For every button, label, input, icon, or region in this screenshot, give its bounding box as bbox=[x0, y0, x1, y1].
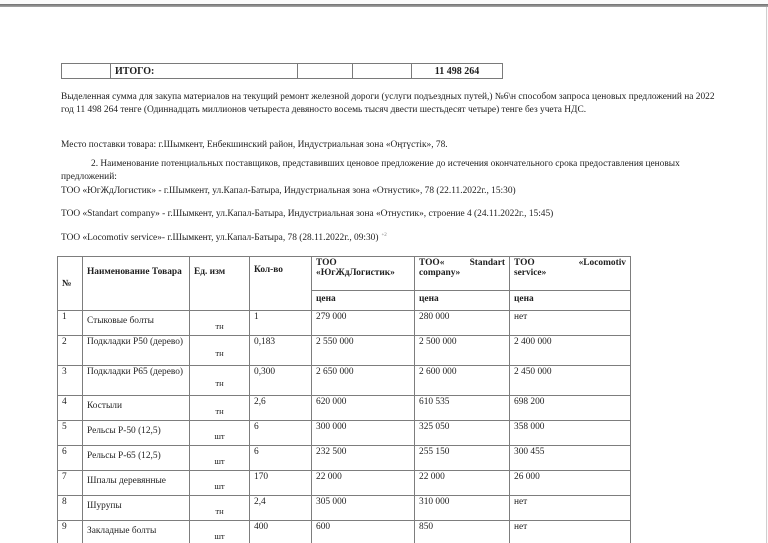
cell-qty: 0,183 bbox=[250, 336, 312, 366]
header-price-3: цена bbox=[510, 291, 631, 311]
cell-num: 7 bbox=[58, 471, 83, 496]
cell-price-supplier-1: 22 000 bbox=[312, 471, 415, 496]
cell-unit: тн bbox=[190, 396, 250, 421]
cell-qty: 170 bbox=[250, 471, 312, 496]
cell-num: 1 bbox=[58, 311, 83, 336]
supplier-item: ТОО «ЮгЖдЛогистик» - г.Шымкент, ул.Капал… bbox=[61, 185, 721, 198]
table-row: 1Стыковые болтытн1279 000280 000нет bbox=[58, 311, 631, 336]
table-row: 5Рельсы Р-50 (12,5)шт6300 000325 050358 … bbox=[58, 421, 631, 446]
cell-unit: тн bbox=[190, 311, 250, 336]
header-num: № bbox=[58, 257, 83, 311]
header-supplier-2-a: ТОО« bbox=[419, 258, 444, 268]
table-row: 4Костылитн2,6620 000610 535698 200 bbox=[58, 396, 631, 421]
table-row: 9Закладные болтышт400600850нет bbox=[58, 521, 631, 543]
cell-qty: 6 bbox=[250, 421, 312, 446]
cell-name: Шпалы деревянные bbox=[83, 471, 190, 496]
cell-price-supplier-1: 300 000 bbox=[312, 421, 415, 446]
table-row: 7Шпалы деревянныешт17022 00022 00026 000 bbox=[58, 471, 631, 496]
cell-unit: тн bbox=[190, 496, 250, 521]
cell-unit: шт bbox=[190, 521, 250, 543]
supplier-item: ТОО «Standart company» - г.Шымкент, ул.К… bbox=[61, 208, 721, 221]
cell-price-supplier-3: нет bbox=[510, 496, 631, 521]
header-price-2: цена bbox=[415, 291, 510, 311]
cell-unit: тн bbox=[190, 366, 250, 396]
total-value: 11 498 264 bbox=[412, 64, 503, 79]
table-row: 6Рельсы Р-65 (12,5)шт6232 500255 150300 … bbox=[58, 446, 631, 471]
header-supplier-1: ТОО «ЮгЖдЛогистик» bbox=[312, 257, 415, 291]
cell-name: Шурупы bbox=[83, 496, 190, 521]
cell-name: Рельсы Р-50 (12,5) bbox=[83, 421, 190, 446]
total-label: ИТОГО: bbox=[111, 64, 298, 79]
cell-name: Подкладки Р50 (дерево) bbox=[83, 336, 190, 366]
cell-price-supplier-1: 305 000 bbox=[312, 496, 415, 521]
table-row: 3Подкладки Р65 (дерево)тн0,3002 650 0002… bbox=[58, 366, 631, 396]
header-supplier-3-a: ТОО bbox=[514, 258, 535, 268]
table-header-row: № Наименование Товара Ед. изм Кол-во ТОО… bbox=[58, 257, 631, 291]
cell-num: 9 bbox=[58, 521, 83, 543]
cell-price-supplier-2: 2 500 000 bbox=[415, 336, 510, 366]
table-body: 1Стыковые болтытн1279 000280 000нет2Подк… bbox=[58, 311, 631, 543]
total-empty-cell bbox=[62, 64, 111, 79]
header-supplier-2-c: company» bbox=[419, 268, 505, 278]
cell-price-supplier-1: 232 500 bbox=[312, 446, 415, 471]
cell-qty: 6 bbox=[250, 446, 312, 471]
cell-price-supplier-2: 255 150 bbox=[415, 446, 510, 471]
header-price-1: цена bbox=[312, 291, 415, 311]
cell-price-supplier-1: 2 550 000 bbox=[312, 336, 415, 366]
cell-qty: 1 bbox=[250, 311, 312, 336]
cell-unit: шт bbox=[190, 421, 250, 446]
price-comparison-table: № Наименование Товара Ед. изм Кол-во ТОО… bbox=[57, 256, 631, 543]
supplier-text: ТОО «Locomotiv service»- г.Шымкент, ул.К… bbox=[61, 233, 378, 243]
cell-price-supplier-2: 280 000 bbox=[415, 311, 510, 336]
cell-price-supplier-3: 2 450 000 bbox=[510, 366, 631, 396]
cell-price-supplier-1: 2 650 000 bbox=[312, 366, 415, 396]
cell-num: 8 bbox=[58, 496, 83, 521]
header-supplier-3: ТОО«Locomotiv service» bbox=[510, 257, 631, 291]
header-supplier-1-line1: ТОО bbox=[316, 258, 410, 268]
cell-price-supplier-3: нет bbox=[510, 311, 631, 336]
supplier-mark: +2 bbox=[381, 233, 386, 238]
cell-qty: 400 bbox=[250, 521, 312, 543]
cell-num: 5 bbox=[58, 421, 83, 446]
header-name: Наименование Товара bbox=[83, 257, 190, 311]
cell-price-supplier-3: 2 400 000 bbox=[510, 336, 631, 366]
suppliers-heading: 2. Наименование потенциальных поставщико… bbox=[61, 158, 721, 183]
cell-name: Рельсы Р-65 (12,5) bbox=[83, 446, 190, 471]
cell-num: 6 bbox=[58, 446, 83, 471]
cell-num: 2 bbox=[58, 336, 83, 366]
header-supplier-1-line2: «ЮгЖдЛогистик» bbox=[316, 268, 410, 278]
allocated-amount-paragraph: Выделенная сумма для закупа материалов н… bbox=[61, 91, 721, 116]
header-qty: Кол-во bbox=[250, 257, 312, 311]
cell-name: Костыли bbox=[83, 396, 190, 421]
cell-qty: 2,6 bbox=[250, 396, 312, 421]
cell-price-supplier-2: 850 bbox=[415, 521, 510, 543]
cell-price-supplier-1: 600 bbox=[312, 521, 415, 543]
header-supplier-2: ТОО«Standart company» bbox=[415, 257, 510, 291]
cell-price-supplier-1: 620 000 bbox=[312, 396, 415, 421]
table-row: 8Шурупытн2,4305 000310 000нет bbox=[58, 496, 631, 521]
cell-num: 3 bbox=[58, 366, 83, 396]
total-faded-cell-2 bbox=[353, 64, 412, 79]
cell-name: Подкладки Р65 (дерево) bbox=[83, 366, 190, 396]
header-supplier-3-c: service» bbox=[514, 268, 626, 278]
cell-name: Стыковые болты bbox=[83, 311, 190, 336]
supplier-item: ТОО «Locomotiv service»- г.Шымкент, ул.К… bbox=[61, 230, 721, 245]
cell-price-supplier-1: 279 000 bbox=[312, 311, 415, 336]
header-supplier-3-b: «Locomotiv bbox=[579, 258, 626, 268]
table-row: 2Подкладки Р50 (дерево)тн0,1832 550 0002… bbox=[58, 336, 631, 366]
cell-price-supplier-3: 300 455 bbox=[510, 446, 631, 471]
cell-price-supplier-3: нет bbox=[510, 521, 631, 543]
cell-price-supplier-3: 26 000 bbox=[510, 471, 631, 496]
cell-price-supplier-2: 310 000 bbox=[415, 496, 510, 521]
cell-name: Закладные болты bbox=[83, 521, 190, 543]
cell-qty: 0,300 bbox=[250, 366, 312, 396]
cell-qty: 2,4 bbox=[250, 496, 312, 521]
cell-unit: тн bbox=[190, 336, 250, 366]
cell-unit: шт bbox=[190, 471, 250, 496]
total-faded-cell bbox=[298, 64, 353, 79]
cell-num: 4 bbox=[58, 396, 83, 421]
cell-price-supplier-3: 698 200 bbox=[510, 396, 631, 421]
cell-price-supplier-2: 22 000 bbox=[415, 471, 510, 496]
header-supplier-2-b: Standart bbox=[470, 258, 505, 268]
header-unit: Ед. изм bbox=[190, 257, 250, 311]
total-table: ИТОГО: 11 498 264 bbox=[61, 63, 503, 79]
total-row: ИТОГО: 11 498 264 bbox=[62, 64, 503, 79]
cell-price-supplier-3: 358 000 bbox=[510, 421, 631, 446]
delivery-place-paragraph: Место поставки товара: г.Шымкент, Енбекш… bbox=[61, 139, 721, 152]
cell-unit: шт bbox=[190, 446, 250, 471]
cell-price-supplier-2: 2 600 000 bbox=[415, 366, 510, 396]
cell-price-supplier-2: 610 535 bbox=[415, 396, 510, 421]
cell-price-supplier-2: 325 050 bbox=[415, 421, 510, 446]
